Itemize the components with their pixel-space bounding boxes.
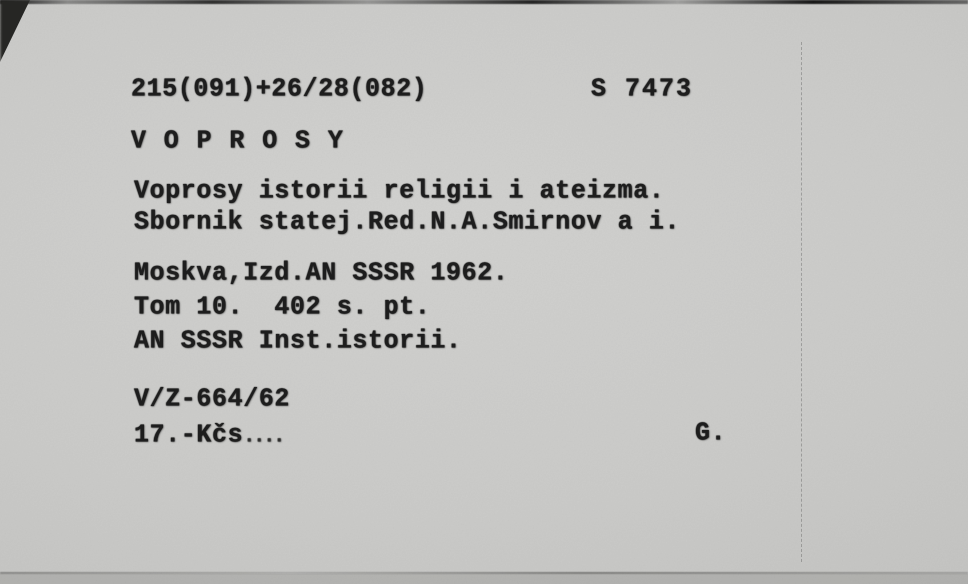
title-line: Voprosy istorii religii i ateizma.: [134, 178, 664, 204]
scan-top-edge: [0, 0, 968, 4]
price-value: 17.-Kčs: [134, 419, 243, 449]
accession-number: V/Z-664/62: [134, 386, 290, 412]
card-fold-line: [801, 42, 802, 562]
statement-of-responsibility: Sbornik statej.Red.N.A.Smirnov a i.: [134, 209, 680, 235]
catalog-card: 215(091)+26/28(082) S 7473 V O P R O S Y…: [0, 0, 968, 584]
series-note: AN SSSR Inst.istorii.: [134, 328, 462, 354]
price-trailing-dots: ....: [243, 425, 283, 449]
imprint-line: Moskva,Izd.AN SSSR 1962.: [134, 260, 508, 286]
card-bottom-shadow: [0, 574, 968, 584]
collation-line: Tom 10. 402 s. pt.: [134, 294, 430, 320]
main-heading: V O P R O S Y: [131, 128, 344, 154]
classification-number: 215(091)+26/28(082): [131, 76, 427, 102]
cataloger-initial: G.: [695, 420, 726, 446]
shelf-mark: S 7473: [591, 76, 693, 102]
scan-corner-mark: [0, 0, 34, 64]
price-line: 17.-Kčs....: [134, 422, 283, 448]
